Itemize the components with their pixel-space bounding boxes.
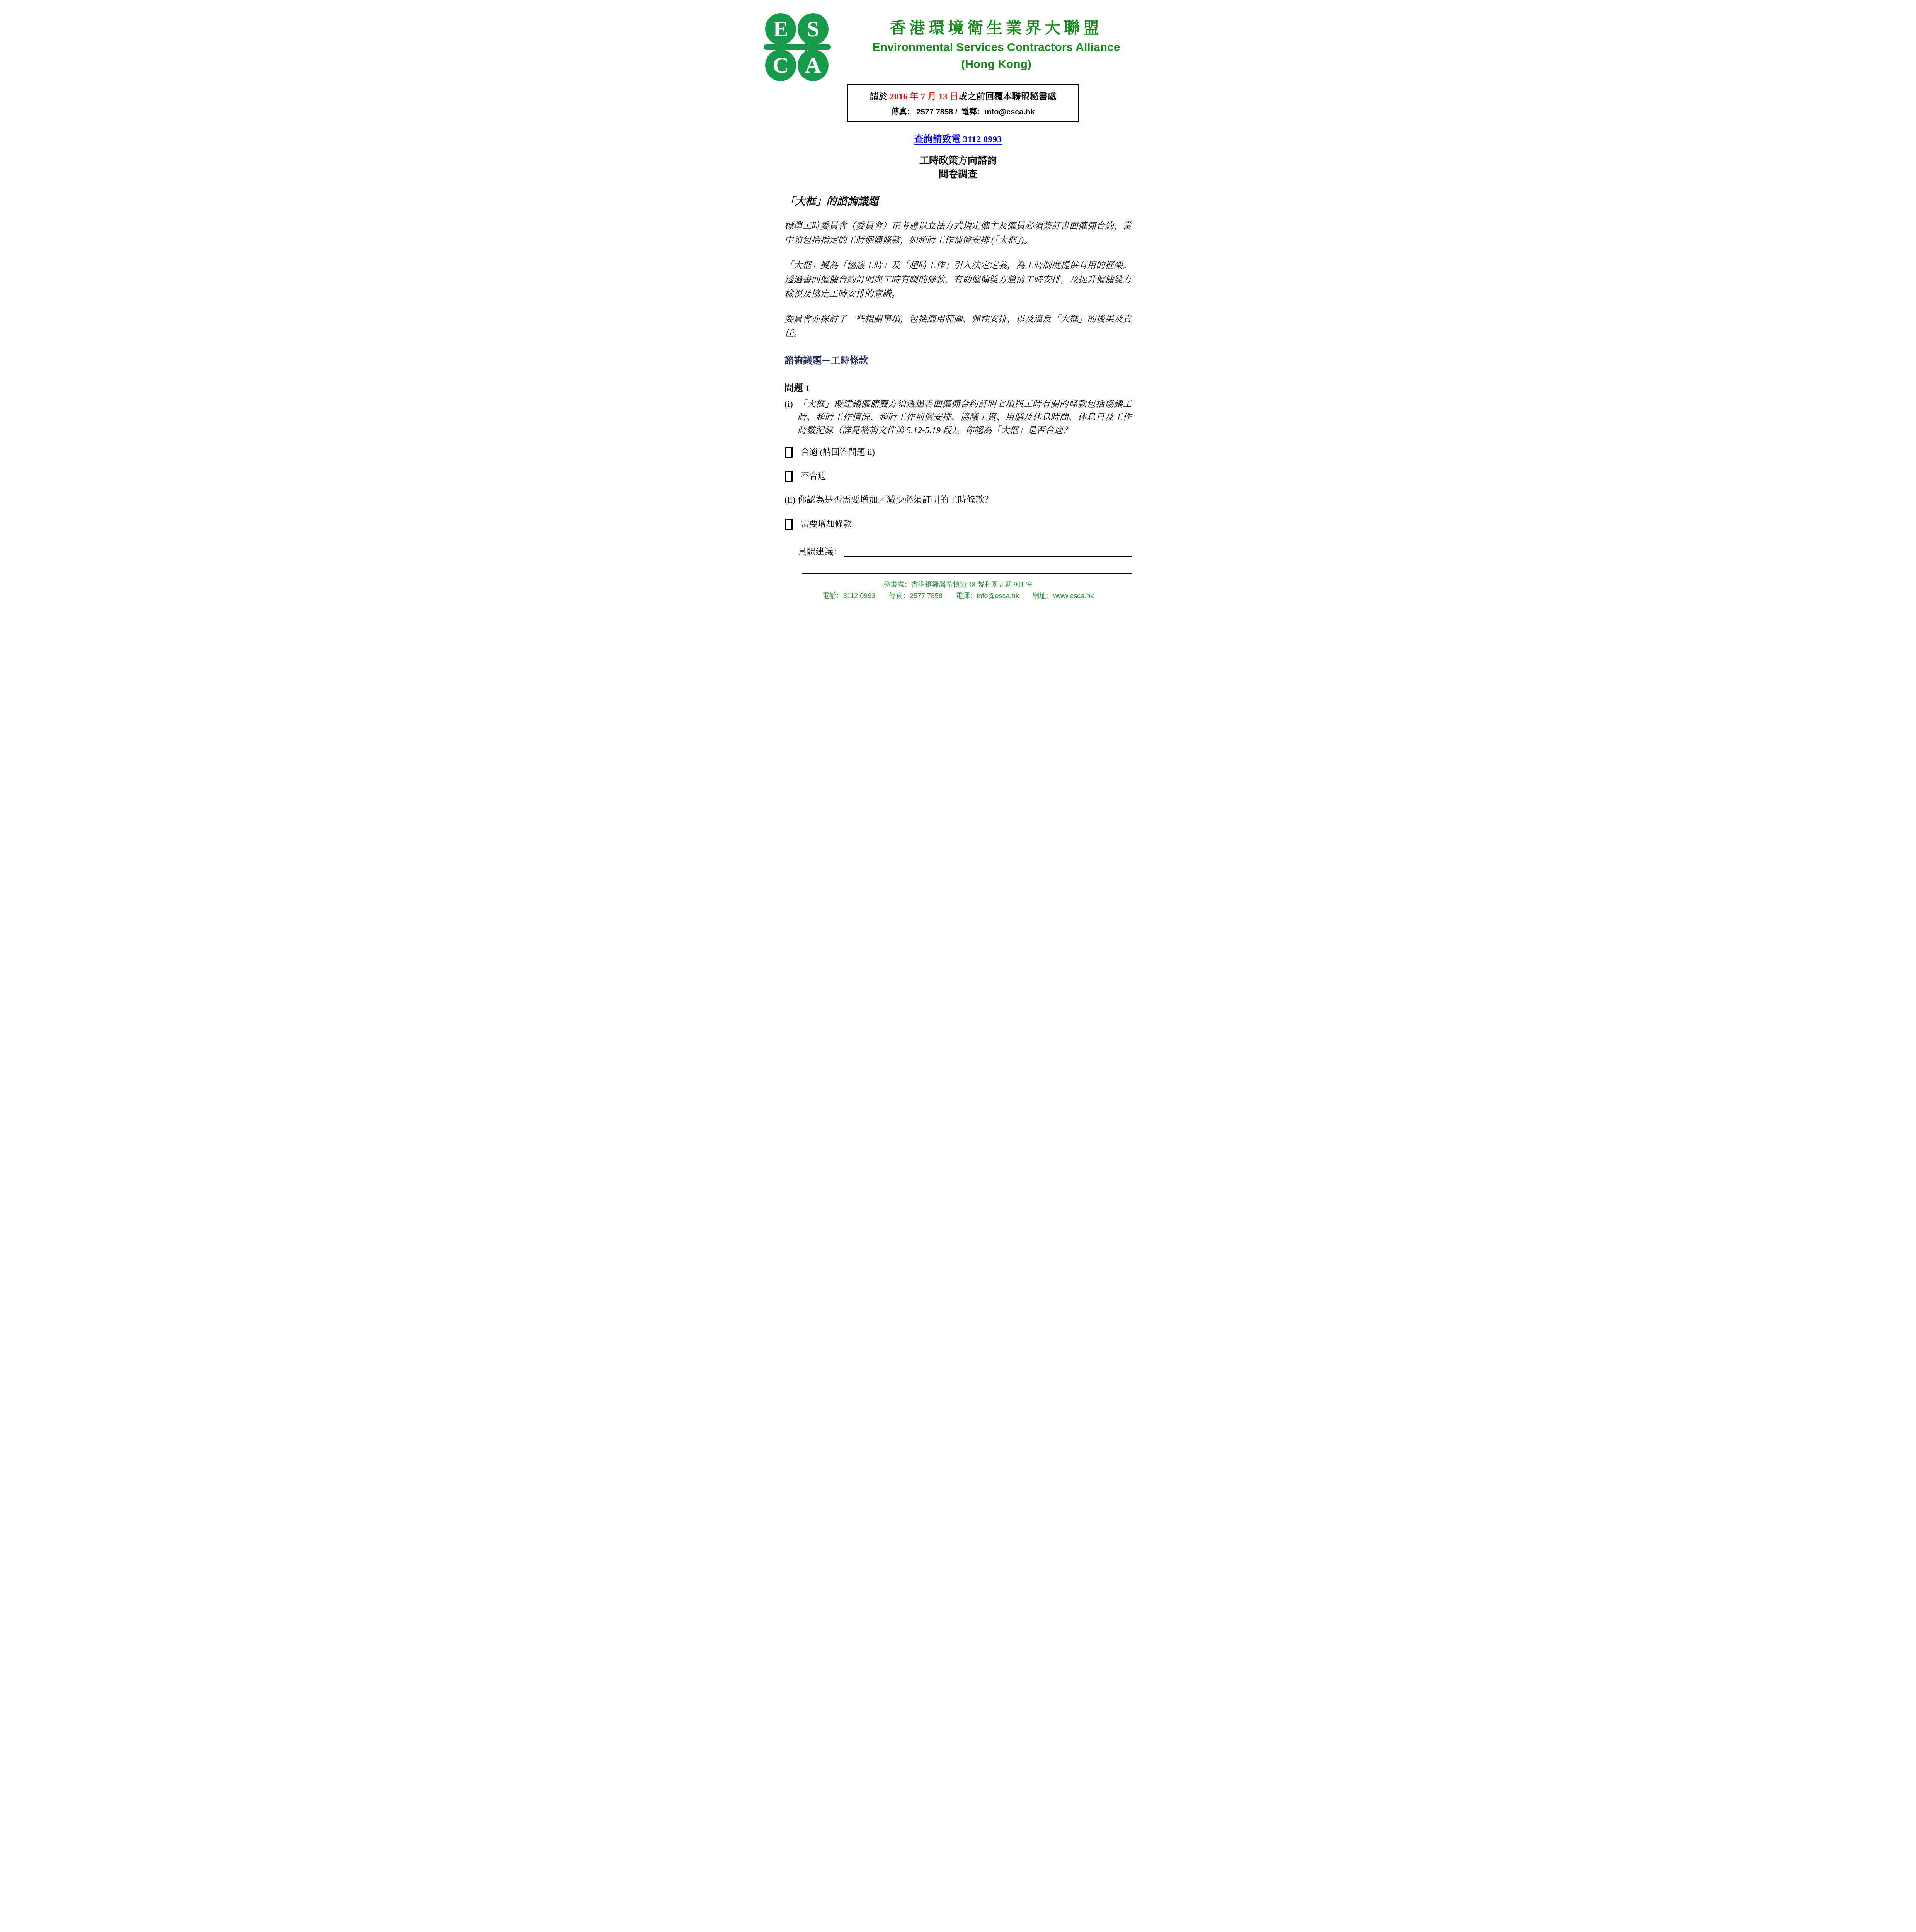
question-1-part-ii-number: (ii) bbox=[784, 493, 795, 507]
footer-tel: 電話：3112 0993 bbox=[822, 591, 876, 600]
reply-suffix: 或之前回覆本聯盟秘書處 bbox=[959, 92, 1057, 101]
enquiry-row: 查詢請致電 3112 0993 bbox=[740, 131, 1176, 145]
logo-circle-e: E bbox=[765, 13, 796, 45]
logo-circle-a: A bbox=[798, 49, 829, 81]
logo-bottom-row: C A bbox=[764, 49, 830, 81]
logo-letter-a: A bbox=[805, 54, 821, 77]
org-title-hongkong: (Hong Kong) bbox=[830, 58, 1162, 71]
logo-letter-c: C bbox=[773, 54, 789, 77]
checkbox-add-clause[interactable] bbox=[785, 519, 793, 530]
footer-tel-label: 電話： bbox=[822, 592, 843, 600]
questionnaire-page: E S C A 香港環境衛生業界大聯盟 Environmental Servic… bbox=[740, 0, 1176, 618]
logo-bar bbox=[764, 44, 831, 50]
reply-contact-line: 傳真： 2577 7858 / 電郵：info@esca.hk bbox=[850, 105, 1076, 117]
question-1-title: 問題 1 bbox=[784, 380, 1132, 394]
intro-paragraph-1: 標準工時委員會（委員會）正考慮以立法方式規定僱主及僱員必須簽訂書面僱傭合約，當中… bbox=[784, 219, 1132, 247]
intro-paragraph-2: 「大框」擬為「協議工時」及「超時工作」引入法定定義，為工時制度提供有用的框架。透… bbox=[784, 258, 1132, 301]
email-address: info@esca.hk bbox=[985, 108, 1035, 116]
logo-letter-e: E bbox=[773, 18, 788, 40]
suggestion-blank-line[interactable] bbox=[844, 546, 1132, 557]
footer-fax: 傳真：2577 7858 bbox=[889, 591, 943, 600]
footer-email: 電郵：info@esca.hk bbox=[956, 591, 1019, 600]
footer-contacts: 電話：3112 0993 傳真：2577 7858 電郵：info@esca.h… bbox=[784, 591, 1132, 600]
checkbox-not-suitable[interactable] bbox=[785, 471, 793, 482]
reply-deadline-date: 2016 年 7 月 13 日 bbox=[888, 92, 959, 101]
suggestion-row: 具體建議： bbox=[798, 544, 1132, 557]
document-title-line1: 工時政策方向諮詢 bbox=[740, 154, 1176, 168]
option-not-suitable-label: 不合適 bbox=[801, 471, 826, 481]
logo-letter-s: S bbox=[807, 18, 819, 40]
logo-circle-c: C bbox=[765, 49, 796, 81]
footer-divider bbox=[802, 573, 1132, 574]
option-not-suitable: 不合適 bbox=[784, 470, 1132, 482]
footer-fax-number: 2577 7858 bbox=[910, 592, 943, 600]
footer-website: 網址：www.esca.hk bbox=[1032, 591, 1094, 600]
enquiry-phone-link[interactable]: 查詢請致電 3112 0993 bbox=[914, 134, 1002, 145]
reply-deadline-line: 請於 2016 年 7 月 13 日或之前回覆本聯盟秘書處 bbox=[850, 90, 1076, 103]
footer: 秘書處：香港銅鑼灣希慎道 18 號利園五期 901 室 電話：3112 0993… bbox=[784, 573, 1132, 601]
reply-prefix: 請於 bbox=[870, 92, 888, 101]
email-label: 電郵： bbox=[961, 108, 985, 116]
question-1-part-i-text: 「大框」擬建議僱傭雙方須透過書面僱傭合約訂明七項與工時有關的條款包括協議工時、超… bbox=[798, 399, 1132, 435]
consultation-section-heading: 諮詢議題－工時條款 bbox=[784, 353, 1132, 366]
document-title-line2: 問卷調查 bbox=[740, 168, 1176, 181]
option-add-clause-label: 需要增加條款 bbox=[801, 519, 852, 529]
footer-fax-label: 傳真： bbox=[889, 592, 910, 600]
footer-address: 秘書處：香港銅鑼灣希慎道 18 號利園五期 901 室 bbox=[784, 580, 1132, 589]
intro-paragraph-3: 委員會亦探討了一些相關事項，包括適用範圍、彈性安排，以及違反「大框」的後果及責任… bbox=[784, 312, 1132, 340]
footer-tel-number: 3112 0993 bbox=[843, 592, 876, 600]
question-1-part-ii-text: 你認為是否需要增加／減少必須訂明的工時條款？ bbox=[798, 495, 993, 505]
footer-email-value: info@esca.hk bbox=[977, 592, 1019, 600]
logo-top-row: E S bbox=[764, 13, 830, 45]
checkbox-suitable[interactable] bbox=[785, 447, 793, 458]
logo-circle-s: S bbox=[798, 13, 829, 45]
option-add-clause: 需要增加條款 bbox=[784, 518, 1132, 530]
contact-separator: / bbox=[953, 108, 960, 116]
esca-logo: E S C A bbox=[764, 13, 830, 81]
suggestion-label: 具體建議： bbox=[798, 544, 842, 557]
question-1-part-i-number: (i) bbox=[784, 398, 793, 411]
footer-web-value: www.esca.hk bbox=[1053, 592, 1094, 600]
question-1-part-i: (i) 「大框」擬建議僱傭雙方須透過書面僱傭合約訂明七項與工時有關的條款包括協議… bbox=[784, 398, 1132, 437]
content: 「大框」的諮詢議題 標準工時委員會（委員會）正考慮以立法方式規定僱主及僱員必須簽… bbox=[740, 193, 1176, 601]
org-titles: 香港環境衛生業界大聯盟 Environmental Services Contr… bbox=[830, 13, 1162, 81]
fax-label: 傳真： bbox=[892, 108, 915, 116]
intro-heading: 「大框」的諮詢議題 bbox=[784, 193, 1132, 208]
option-suitable: 合適 (請回答問題 ii) bbox=[784, 446, 1132, 458]
org-title-english: Environmental Services Contractors Allia… bbox=[830, 41, 1162, 54]
header: E S C A 香港環境衛生業界大聯盟 Environmental Servic… bbox=[740, 0, 1176, 81]
question-1-part-ii: (ii) 你認為是否需要增加／減少必須訂明的工時條款？ bbox=[784, 493, 1132, 507]
footer-web-label: 網址： bbox=[1032, 592, 1053, 600]
footer-email-label: 電郵： bbox=[956, 592, 977, 600]
document-title: 工時政策方向諮詢 問卷調查 bbox=[740, 154, 1176, 181]
fax-number: 2577 7858 bbox=[917, 108, 953, 116]
reply-deadline-box: 請於 2016 年 7 月 13 日或之前回覆本聯盟秘書處 傳真： 2577 7… bbox=[847, 84, 1079, 122]
org-title-chinese: 香港環境衛生業界大聯盟 bbox=[830, 19, 1162, 37]
option-suitable-label: 合適 (請回答問題 ii) bbox=[801, 447, 875, 457]
